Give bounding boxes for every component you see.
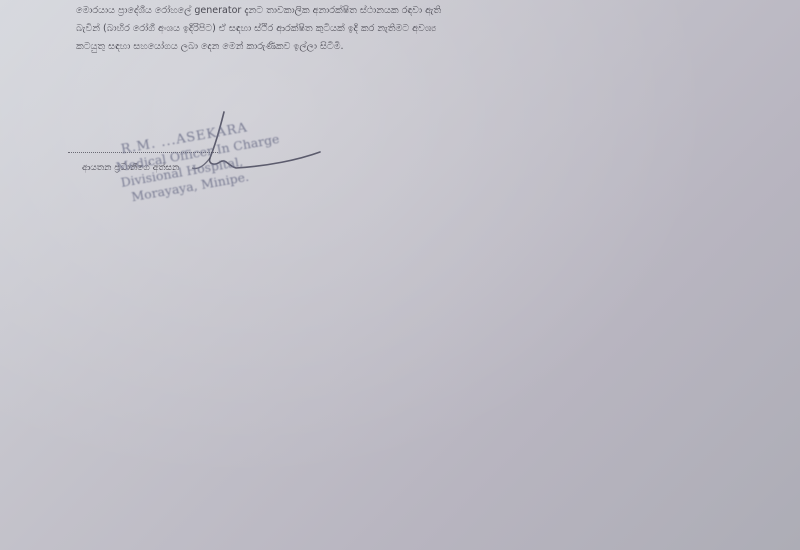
body-line: බැවින් (බාහිර රෝගී අංශය ඉදිරිපිට) ඒ සඳහා… xyxy=(76,20,716,38)
body-line: කටයුතු සඳහා සහයෝගය ලබා දෙන මෙන් කාරුණිකව… xyxy=(76,38,716,56)
letter-body: මොරයාය ප්‍රාදේශීය රෝහලේ generator දැනට ත… xyxy=(76,2,716,56)
signature-block: ආයතන ප්‍රධානීගේ අත්සන R.M. ...ASEKARA Me… xyxy=(68,108,328,248)
body-line: මොරයාය ප්‍රාදේශීය රෝහලේ generator දැනට ත… xyxy=(76,2,716,20)
paper-background xyxy=(0,0,800,550)
